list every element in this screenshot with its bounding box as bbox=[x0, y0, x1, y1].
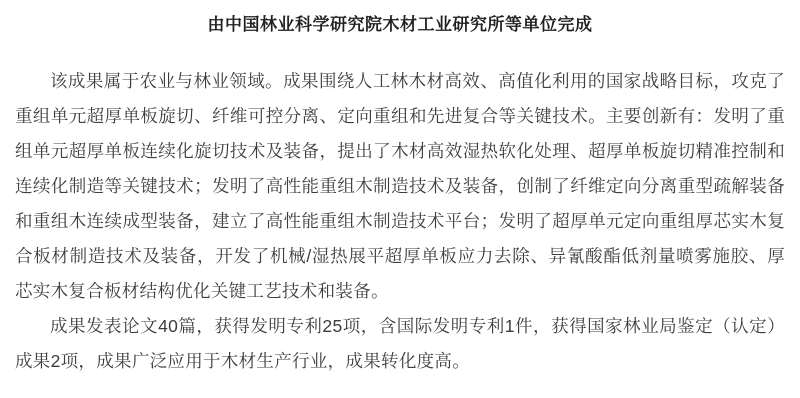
document-page: 由中国林业科学研究院木材工业研究所等单位完成 该成果属于农业与林业领域。成果围绕… bbox=[0, 0, 800, 398]
body-paragraph-1: 该成果属于农业与林业领域。成果围绕人工林木材高效、高值化利用的国家战略目标，攻克… bbox=[15, 64, 785, 309]
document-title: 由中国林业科学研究院木材工业研究所等单位完成 bbox=[15, 14, 785, 36]
body-paragraph-2: 成果发表论文40篇，获得发明专利25项，含国际发明专利1件，获得国家林业局鉴定（… bbox=[15, 309, 785, 379]
